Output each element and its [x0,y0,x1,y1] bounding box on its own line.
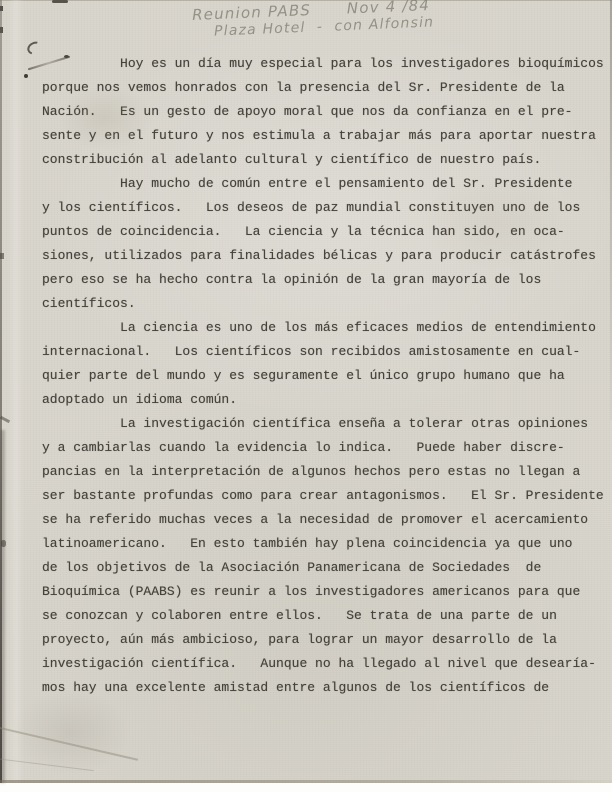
scanned-document: Reunion PABS Nov 4 /84 Plaza Hotel - con… [0,0,612,792]
paper-fold-highlight [8,0,24,783]
paper-crease [0,758,94,771]
text-line: Nación. Es un gesto de apoyo moral que n… [42,100,604,124]
text-line: investigación científica. Aunque no ha l… [42,652,604,676]
scan-speck [0,6,3,11]
text-line: Hoy es un día muy especial para los inve… [42,52,604,76]
text-line: y a cambiarlas cuando la evidencia lo in… [42,436,604,460]
paper-stain [10,690,130,775]
text-line: internacional. Los científicos son recib… [42,340,604,364]
text-line: adoptado un idioma común. [42,388,604,412]
text-line: ser bastante profundas como para crear a… [42,484,604,508]
text-line: pero eso se ha hecho contra la opinión d… [42,268,604,292]
scan-speck-top [52,0,68,3]
text-line: porque nos vemos honrados con la presenc… [42,76,604,100]
typewritten-text: Hoy es un día muy especial para los inve… [42,52,604,700]
text-line: mos hay una excelente amistad entre algu… [42,676,604,700]
scan-speck [1,540,6,547]
paper-sheet: Reunion PABS Nov 4 /84 Plaza Hotel - con… [0,0,612,783]
staple-hole [24,74,28,78]
scan-edge-shadow-left-lower [0,430,5,783]
scan-speck [0,253,4,259]
text-line: latinoamericano. En esto también hay ple… [42,532,604,556]
text-line: La ciencia es uno de los más eficaces me… [42,316,604,340]
text-line: quier parte del mundo y es seguramente e… [42,364,604,388]
text-line: proyecto, aún más ambicioso, para lograr… [42,628,604,652]
paper-bottom-edge [0,780,612,783]
text-line: se conozcan y colaboren entre ellos. Se … [42,604,604,628]
text-line: Bioquímica (PAABS) es reunir a los inves… [42,580,604,604]
text-line: y los científicos. Los deseos de paz mun… [42,196,604,220]
scan-speck [0,27,3,33]
text-line: se ha referido muchas veces a la necesid… [42,508,604,532]
text-line: La investigación científica enseña a tol… [42,412,604,436]
scan-edge-shadow-left [0,0,2,783]
text-line: constribución al adelanto cultural y cie… [42,148,604,172]
text-line: siones, utilizados para finalidades béli… [42,244,604,268]
text-line: científicos. [42,292,604,316]
text-line: Hay mucho de común entre el pensamiento … [42,172,604,196]
text-line: de los objetivos de la Asociación Paname… [42,556,604,580]
scan-speck [0,416,10,423]
paper-crease [0,725,138,761]
text-line: puntos de coincidencia. La ciencia y la … [42,220,604,244]
text-line: sente y en el futuro y nos estimula a tr… [42,124,604,148]
text-line: pancias en la interpretación de algunos … [42,460,604,484]
